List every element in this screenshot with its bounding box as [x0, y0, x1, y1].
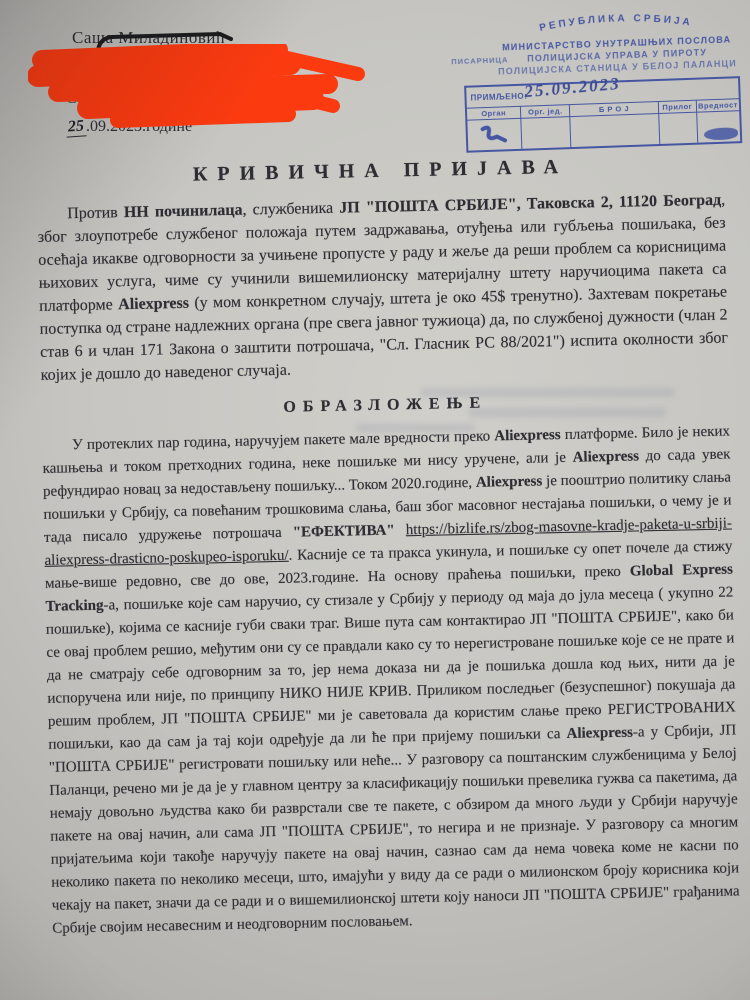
text-segment: -а у Србији, ЈП "ПОШТА СРБИЈЕ" регистров… — [49, 722, 740, 936]
stamp-receipt-table: ПРИМЉЕНО: 25.09.2023 Орган Орг. јед. Б Р… — [464, 76, 742, 153]
explanation-paragraph: У протеклих пар година, наручујем пакете… — [42, 420, 740, 940]
scanned-document-page: Саша Миладиновић ЈМ Ска 25.09.2023.годин… — [0, 0, 750, 1000]
text-segment: Aliexpress — [566, 725, 633, 742]
stamp-ink-smudge — [704, 127, 738, 140]
red-redaction-scribble — [28, 44, 383, 130]
stamp-scribble-mark — [474, 122, 515, 145]
stamp-received-date-handwritten: 25.09.2023 — [524, 74, 622, 102]
text-segment: Aliexpress — [476, 473, 543, 490]
stamp-received-label: ПРИМЉЕНО: — [470, 91, 527, 102]
text-segment: Aliexpress — [118, 295, 189, 313]
text-segment: Таковска 2, 11120 Београд — [527, 192, 722, 213]
text-segment: У протеклих пар година, наручујем пакете… — [72, 428, 494, 453]
complaint-paragraph: Против НН починилаца, службеника ЈП "ПОШ… — [37, 189, 729, 387]
document-title: КРИВИЧНА ПРИЈАВА — [36, 153, 724, 190]
stamp-cell-prilog-value — [658, 112, 698, 145]
text-segment: Против — [67, 204, 124, 222]
text-segment: Aliexpress — [494, 427, 561, 444]
stamp-cell-org-jed-value — [521, 117, 571, 150]
document-text-block: КРИВИЧНА ПРИЈАВА Против НН починилаца, с… — [0, 146, 750, 942]
text-segment: НН починилаца — [124, 202, 243, 221]
svg-text:РЕПУБЛИКА СРБИЈА: РЕПУБЛИКА СРБИЈА — [538, 11, 693, 34]
section-heading: ОБРАЗЛОЖЕЊЕ — [41, 389, 729, 421]
stamp-header: РЕПУБЛИКА СРБИЈА МИНИСТАРСТВО УНУТРАШЊИХ… — [490, 7, 744, 78]
stamp-cell-vrednost-value — [697, 111, 741, 144]
stamp-cell-broj-value — [570, 114, 659, 149]
text-segment: ЈП "ПОШТА СРБИЈЕ", — [339, 196, 527, 217]
text-segment: "ЕФЕКТИВА" — [293, 522, 406, 540]
police-registry-stamp: ПИСАРНИЦА РЕПУБЛИКА СРБИЈА МИНИСТАРСТВО … — [450, 7, 750, 153]
stamp-cell-organ-value — [466, 118, 522, 151]
text-segment: , службеника — [242, 200, 339, 219]
text-segment: Aliexpress — [572, 448, 639, 465]
